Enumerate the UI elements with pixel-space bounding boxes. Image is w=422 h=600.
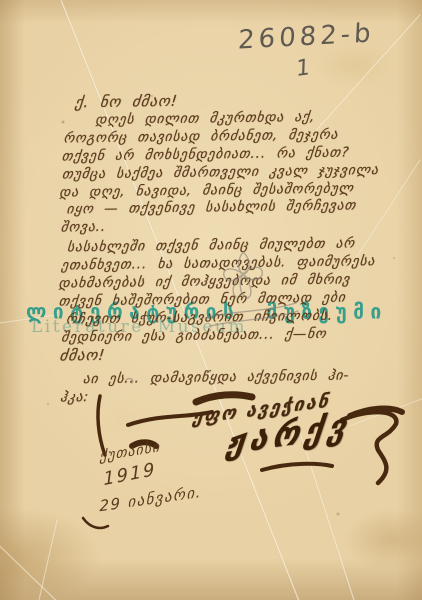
paper-crease (38, 520, 58, 600)
date-year: 1919 (103, 459, 157, 490)
paper-crease (0, 545, 60, 600)
manuscript-page: 26082-b 1 ლიტერატურის მუზეუმი Literature… (0, 0, 422, 600)
page-number: 1 (296, 55, 311, 82)
letter-body: ქ. ნო ძმაო! დღეს დილით მკურთხდა აქ, როგო… (53, 89, 422, 406)
archive-number: 26082-b (237, 18, 375, 55)
paper-crease (298, 430, 355, 600)
